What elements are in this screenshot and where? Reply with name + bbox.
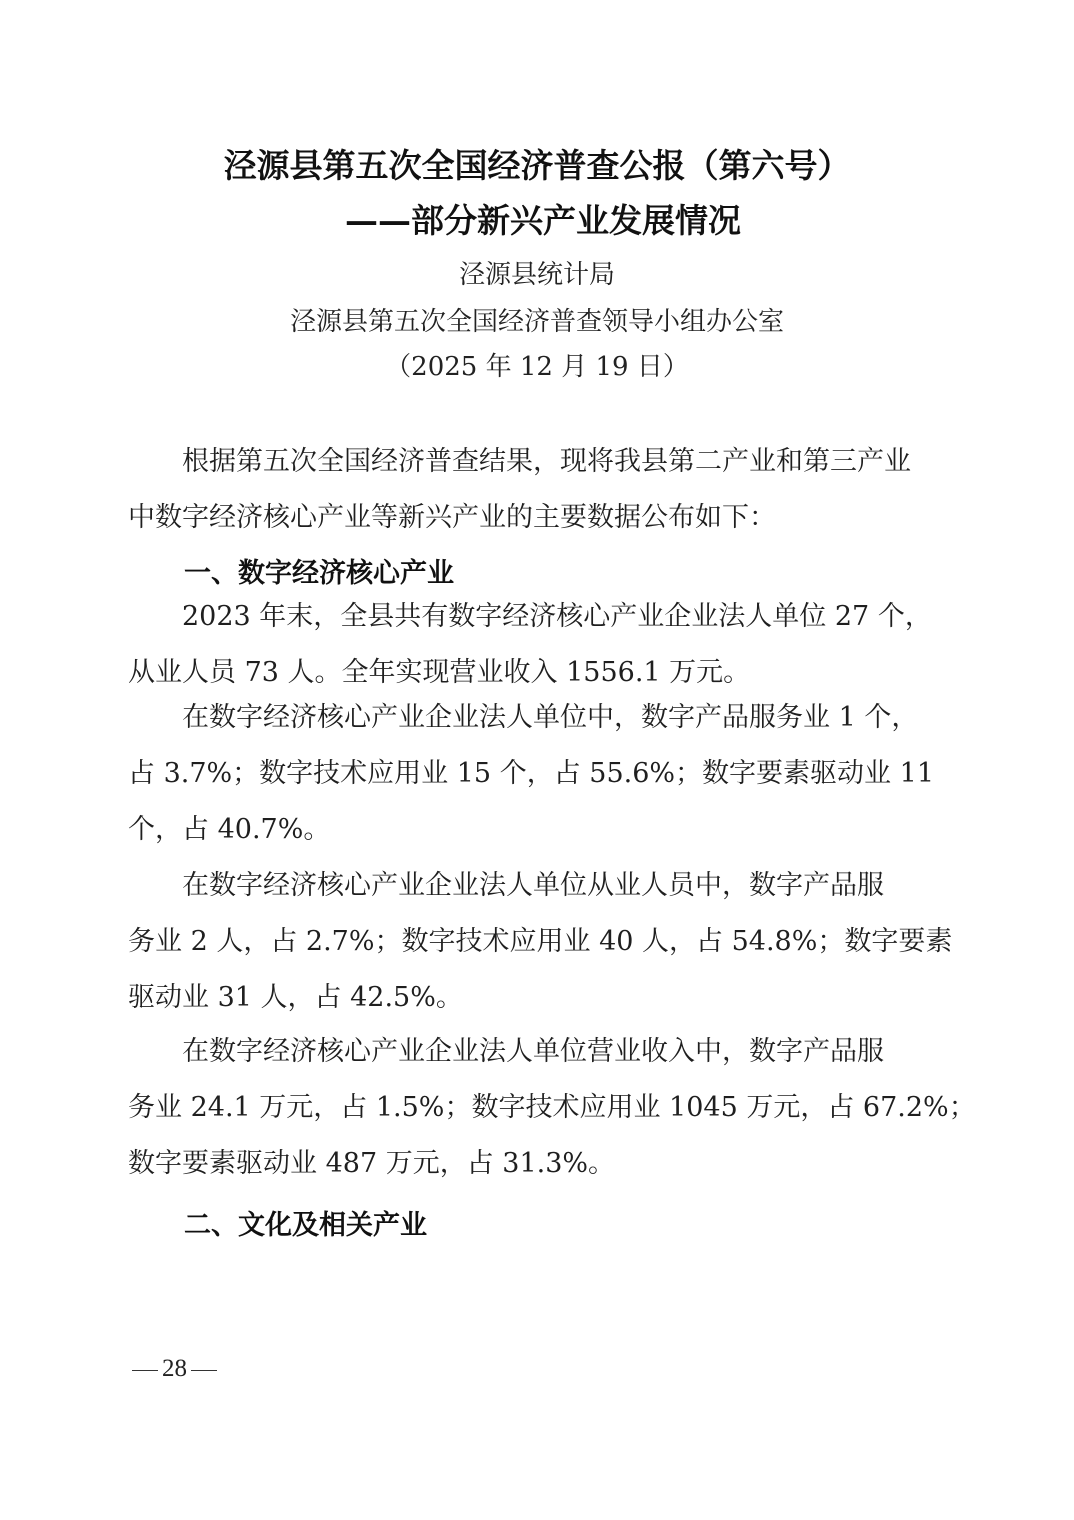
page-number: 28 [128, 1355, 221, 1383]
intro-paragraph: 根据第五次全国经济普查结果，现将我县第二产业和第三产业 中数字经济核心产业等新兴… [128, 434, 948, 546]
issuer-census-office: 泾源县第五次全国经济普查领导小组办公室 [0, 301, 1074, 338]
paragraph-line: 个，占 40.7%。 [128, 802, 948, 858]
paragraph-line: 驱动业 31 人，占 42.5%。 [128, 970, 948, 1026]
document-subtitle: ——部分新兴产业发展情况 [6, 195, 1074, 242]
document-page: 泾源县第五次全国经济普查公报（第六号） ——部分新兴产业发展情况 泾源县统计局 … [0, 0, 1074, 1520]
paragraph-line: 根据第五次全国经济普查结果，现将我县第二产业和第三产业 [128, 434, 948, 490]
paragraph-line: 务业 24.1 万元，占 1.5%；数字技术应用业 1045 万元，占 67.2… [128, 1080, 948, 1136]
dash-left [132, 1370, 158, 1371]
paragraph-line: 务业 2 人，占 2.7%；数字技术应用业 40 人，占 54.8%；数字要素 [128, 914, 948, 970]
paragraph-line: 2023 年末，全县共有数字经济核心产业企业法人单位 27 个， [128, 589, 948, 645]
paragraph-revenue: 在数字经济核心产业企业法人单位营业收入中，数字产品服 务业 24.1 万元，占 … [128, 1024, 948, 1192]
section-heading-culture: 二、文化及相关产业 [184, 1203, 427, 1242]
document-title: 泾源县第五次全国经济普查公报（第六号） [0, 140, 1074, 187]
paragraph-employees: 在数字经济核心产业企业法人单位从业人员中，数字产品服 务业 2 人，占 2.7%… [128, 858, 948, 1026]
issuer-statistics-bureau: 泾源县统计局 [0, 254, 1074, 291]
paragraph-overview: 2023 年末，全县共有数字经济核心产业企业法人单位 27 个， 从业人员 73… [128, 589, 948, 701]
publish-date: （2025 年 12 月 19 日） [0, 346, 1074, 383]
paragraph-line: 在数字经济核心产业企业法人单位中，数字产品服务业 1 个， [128, 690, 948, 746]
paragraph-line: 中数字经济核心产业等新兴产业的主要数据公布如下： [128, 490, 948, 546]
section-heading-digital-economy: 一、数字经济核心产业 [184, 551, 454, 590]
paragraph-line: 在数字经济核心产业企业法人单位从业人员中，数字产品服 [128, 858, 948, 914]
paragraph-line: 在数字经济核心产业企业法人单位营业收入中，数字产品服 [128, 1024, 948, 1080]
page-number-value: 28 [162, 1355, 187, 1382]
dash-right [191, 1370, 217, 1371]
paragraph-line: 占 3.7%；数字技术应用业 15 个，占 55.6%；数字要素驱动业 11 [128, 746, 948, 802]
paragraph-line: 数字要素驱动业 487 万元，占 31.3%。 [128, 1136, 948, 1192]
paragraph-units: 在数字经济核心产业企业法人单位中，数字产品服务业 1 个， 占 3.7%；数字技… [128, 690, 948, 858]
